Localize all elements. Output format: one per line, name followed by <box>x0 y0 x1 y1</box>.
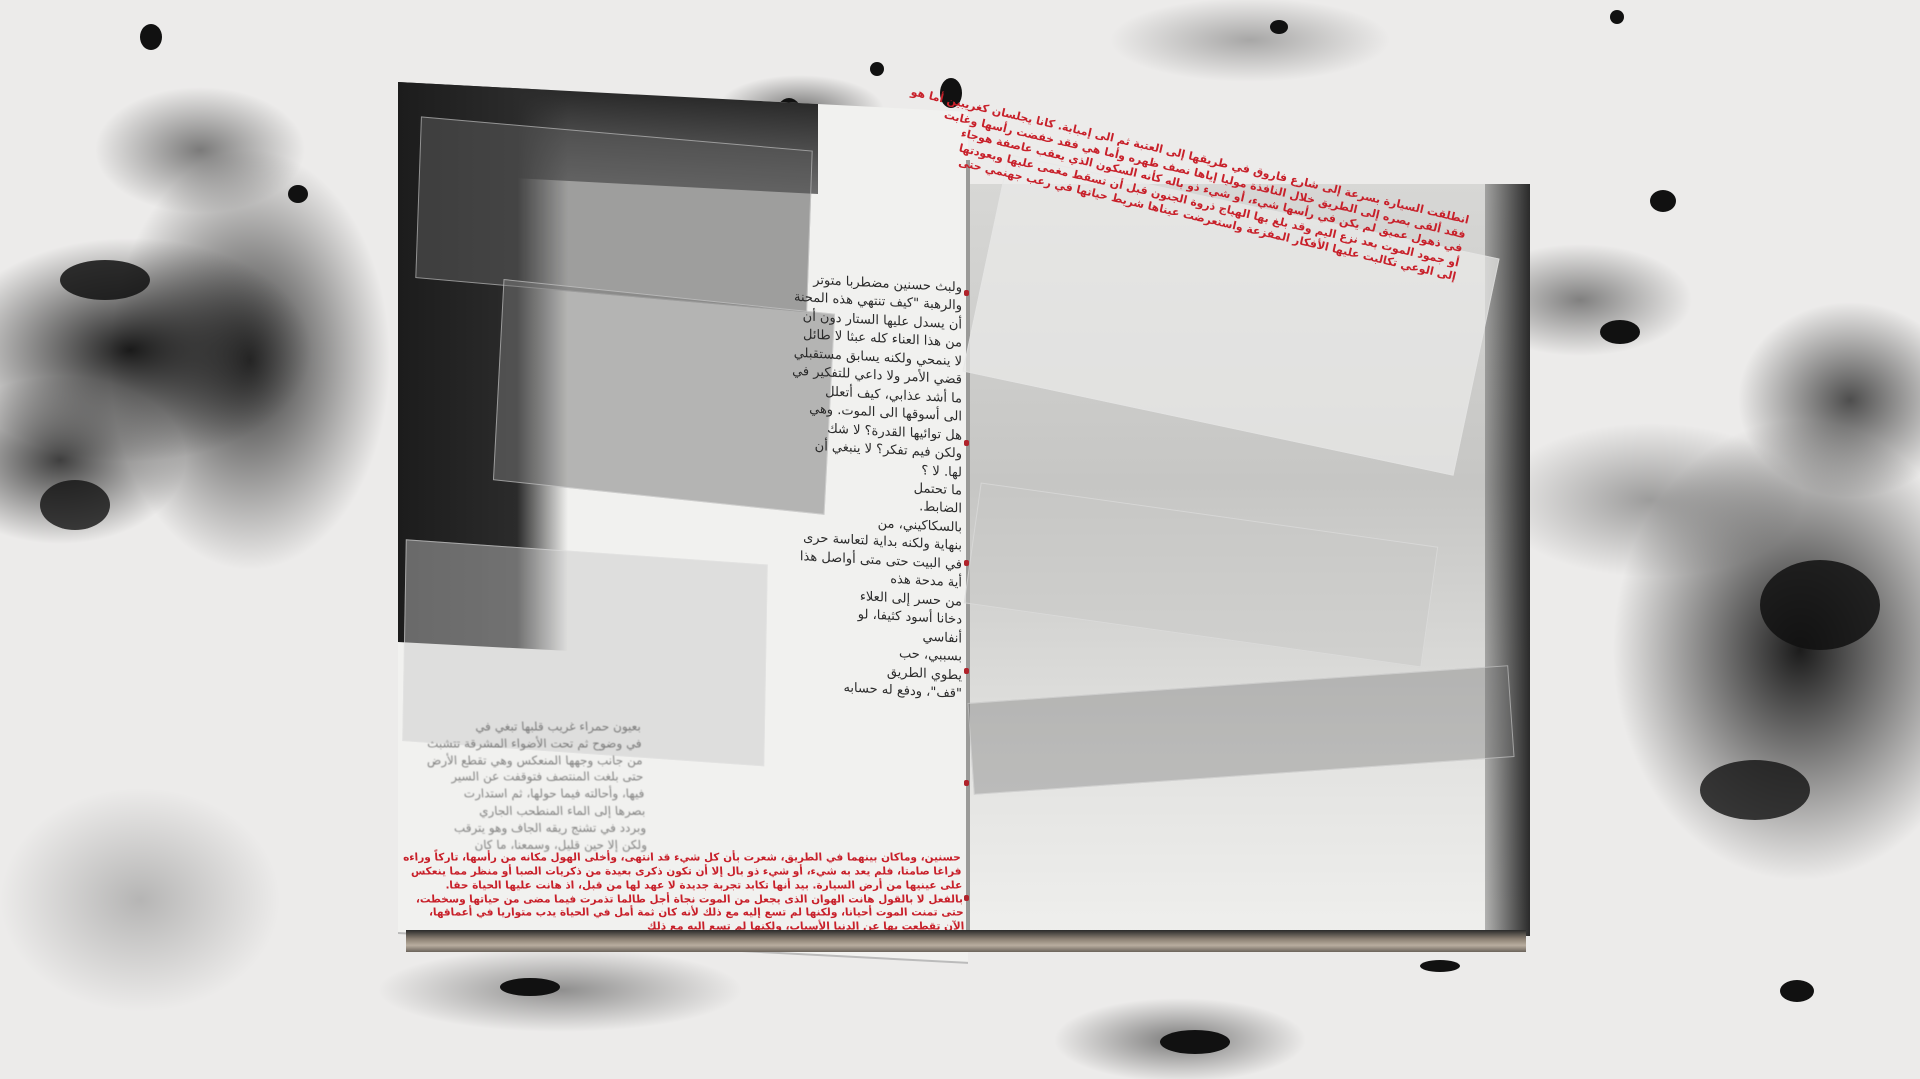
red-stitch-mark <box>964 290 969 296</box>
collaged-sheet <box>415 116 812 312</box>
ink-speck <box>1270 20 1288 34</box>
left-page: ولبث حسنين مضطربا متوتر والرهبة "كيف تنت… <box>398 82 968 962</box>
ink-speck <box>1780 980 1814 1002</box>
ink-speck <box>288 185 308 203</box>
text-line: فيها، وأحالته فيما حولها، ثم استدارت <box>404 786 645 803</box>
faded-text-block: بعيون حمراء غريب قلبها تبغي في في وضوح ث… <box>401 719 648 854</box>
red-stitch-mark <box>964 668 969 674</box>
text-line: حسنين، وماكان بينهما في الطريق، شعرت بأن… <box>402 851 960 865</box>
black-text-column: ولبث حسنين مضطربا متوتر والرهبة "كيف تنت… <box>792 271 962 704</box>
ink-speck <box>870 62 884 76</box>
open-book: ولبث حسنين مضطربا متوتر والرهبة "كيف تنت… <box>396 80 1534 956</box>
text-line: في وضوح ثم تحت الأضواء المشرقة تتشبث <box>402 735 643 752</box>
ink-speck <box>40 480 110 530</box>
ink-speck <box>1700 760 1810 820</box>
text-line: من جانب وجهها المنعكس وهي تقطع الأرض <box>402 752 643 769</box>
ink-speck <box>500 978 560 996</box>
collaged-sheet <box>964 482 1438 667</box>
red-text-paragraph-left: حسنين، وماكان بينهما في الطريق، شعرت بأن… <box>402 851 964 934</box>
collaged-sheet <box>493 279 835 515</box>
photocopy-dark-edge <box>1485 184 1530 936</box>
text-line: فراغا صامتا، فلم يعد به شيء، أو شيء ذو ب… <box>403 865 961 879</box>
ink-speck <box>60 260 150 300</box>
text-line: بصرها إلى الماء المنطحب الجاري <box>405 803 646 820</box>
collaged-sheet <box>967 665 1514 795</box>
text-line: بعيون حمراء غريب قلبها تبغي في <box>401 719 642 736</box>
book-page-edges <box>406 930 1526 952</box>
ink-speck <box>1160 1030 1230 1054</box>
ink-speck <box>1600 320 1640 344</box>
ink-speck <box>1650 190 1676 212</box>
ink-speck <box>1610 10 1624 24</box>
text-line: وبردد في تشنج ريقه الجاف وهو يترقب <box>406 819 647 836</box>
ink-speck <box>140 24 162 50</box>
ink-speck <box>1760 560 1880 650</box>
text-line: حتى تمنت الموت أحيانا، ولكنها لم تسع إلي… <box>405 907 963 921</box>
right-page: انطلقت السيارة بسرعة إلى شارع فاروق في ط… <box>970 184 1530 936</box>
red-stitch-mark <box>964 780 969 786</box>
red-stitch-mark <box>964 895 969 901</box>
photograph: ولبث حسنين مضطربا متوتر والرهبة "كيف تنت… <box>0 0 1920 1079</box>
text-line: بالفعل لا بالقول هانت الهوان الذى يجعل م… <box>405 893 963 907</box>
ink-speck <box>1420 960 1460 972</box>
text-line: على عينيها من أرض السيارة. بيد أنها تكاب… <box>404 879 962 893</box>
text-line: حتى بلغت المنتصف فتوقفت عن السير <box>403 769 644 786</box>
red-stitch-mark <box>964 440 969 446</box>
